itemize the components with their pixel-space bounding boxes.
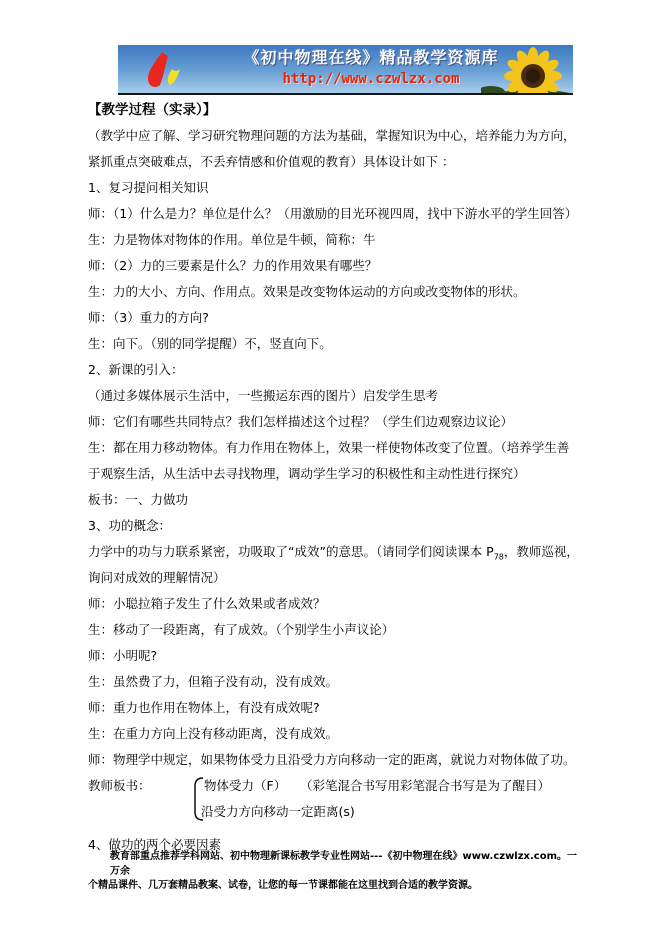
paragraph-line: 师：（2）力的三要素是什么？力的作用效果有哪些？ — [88, 253, 588, 279]
paragraph-line: 生：向下。（别的同学提醒）不，竖直向下。 — [88, 331, 588, 357]
paragraph-line-with-subscript: 力学中的功与力联系紧密，功吸取了“成效”的意思。（请同学们阅读课本 P78，教师… — [88, 539, 588, 565]
paragraph-line: 生：力是物体对物体的作用。单位是牛顿，简称：牛 — [88, 227, 588, 253]
grass-leaf-shape — [481, 86, 505, 95]
site-banner: 《初中物理在线》精品教学资源库 http://www.czwlzx.com — [118, 45, 573, 95]
paragraph-line: 生：移动了一段距离，有了成效。（个别学生小声议论） — [88, 617, 588, 643]
paragraph-line: 师：重力也作用在物体上，有没有成效呢? — [88, 695, 588, 721]
paragraph-line: 紧抓重点突破难点，不丢弃情感和价值观的教育）具体设计如下 ： — [88, 149, 588, 175]
paragraph-line: 询问对成效的理解情况） — [88, 565, 588, 591]
footer-line: 个精品课件、几万套精品教案、试卷，让您的每一节课都能在这里找到合适的教学资源。 — [88, 879, 585, 894]
paragraph-line: 师：小明呢? — [88, 643, 588, 669]
paragraph-line: 生：都在用力移动物体。有力作用在物体上，效果一样使物体改变了位置。（培养学生善 — [88, 435, 588, 461]
paragraph-line: 板书：一、力做功 — [88, 487, 588, 513]
board-notes-block: 教师板书： 物体受力（F） （彩笔混合书写用彩笔混合书写是为了醒目） 沿受力方向… — [88, 773, 588, 825]
paragraph-line: 师：（1）什么是力？单位是什么？（用激励的目光环视四周，找中下游水平的学生回答） — [88, 201, 588, 227]
text-after-subscript: ，教师巡视， — [504, 544, 579, 559]
board-item-force: 物体受力（F） — [204, 773, 286, 799]
footer-line: 教育部重点推荐学科网站、初中物理新课标教学专业性网站---《初中物理在线》www… — [88, 850, 585, 879]
paragraph-line: 生：在重力方向上没有移动距离，没有成效。 — [88, 721, 588, 747]
paragraph-line: 师：它们有哪些共同特点？我们怎样描述这个过程？（学生们边观察边议论） — [88, 409, 588, 435]
paragraph-line: （教学中应了解、学习研究物理问题的方法为基础，掌握知识为中心，培养能力为方向， — [88, 123, 588, 149]
paragraph-line: 2、新课的引入： — [88, 357, 588, 383]
sunflower-petals — [504, 47, 562, 95]
paragraph-line: （通过多媒体展示生活中，一些搬运东西的图片）启发学生思考 — [88, 383, 588, 409]
board-note: （彩笔混合书写用彩笔混合书写是为了醒目） — [300, 773, 550, 799]
paragraph-line: 3、功的概念： — [88, 513, 588, 539]
flame-logo-icon — [140, 51, 190, 91]
footer-promo: 教育部重点推荐学科网站、初中物理新课标教学专业性网站---《初中物理在线》www… — [88, 850, 585, 894]
board-label: 教师板书： — [88, 773, 151, 799]
board-item-distance: 沿受力方向移动一定距离(s) — [201, 799, 355, 825]
paragraph-line: 师：（3）重力的方向? — [88, 305, 588, 331]
paragraph-line: 生：虽然费了力，但箱子没有动，没有成效。 — [88, 669, 588, 695]
section-heading: 【教学过程（实录）】 — [88, 97, 588, 123]
text-before-subscript: 力学中的功与力联系紧密，功吸取了“成效”的意思。（请同学们阅读课本 P — [88, 544, 494, 559]
textbook-page-subscript: 78 — [494, 553, 504, 562]
paragraph-line: 生：力的大小、方向、作用点。效果是改变物体运动的方向或改变物体的形状。 — [88, 279, 588, 305]
paragraph-line: 1、复习提问相关知识 — [88, 175, 588, 201]
paragraph-line: 师：物理学中规定，如果物体受力且沿受力方向移动一定的距离，就说力对物体做了功。 — [88, 747, 588, 773]
paragraph-line: 师：小聪拉箱子发生了什么效果或者成效？ — [88, 591, 588, 617]
document-page: 《初中物理在线》精品教学资源库 http://www.czwlzx.com — [0, 0, 661, 936]
document-body: 【教学过程（实录）】 （教学中应了解、学习研究物理问题的方法为基础，掌握知识为中… — [88, 97, 588, 858]
paragraph-line: 于观察生活，从生活中去寻找物理，调动学生学习的积极性和主动性进行探究） — [88, 461, 588, 487]
sunflower-icon — [481, 45, 573, 95]
